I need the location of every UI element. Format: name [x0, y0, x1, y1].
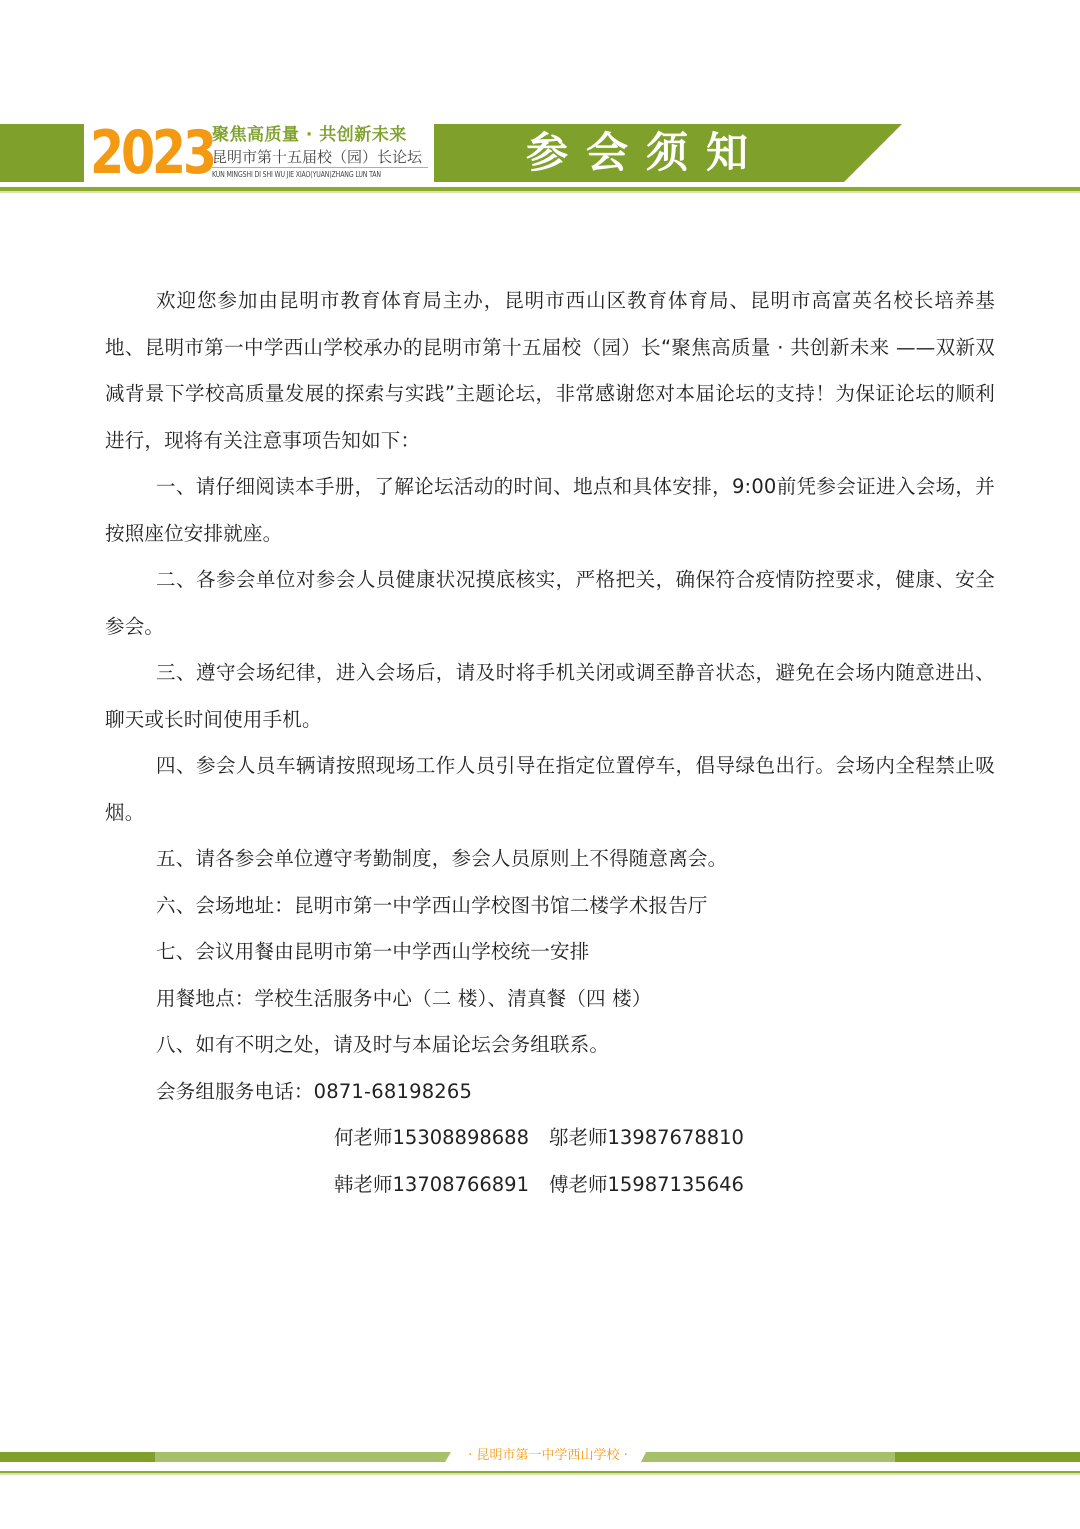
- notice-item-5: 五、请各参会单位遵守考勤制度，参会人员原则上不得随意离会。: [105, 836, 995, 883]
- intro-paragraph: 欢迎您参加由昆明市教育体育局主办，昆明市西山区教育体育局、昆明市高富英名校长培养…: [105, 278, 995, 464]
- page-footer: · 昆明市第一中学西山学校 ·: [0, 1444, 1080, 1474]
- notice-item-4: 四、参会人员车辆请按照现场工作人员引导在指定位置停车，倡导绿色出行。会场内全程禁…: [105, 743, 995, 836]
- forum-name: 昆明市第十五届校（园）长论坛: [212, 146, 422, 167]
- header-divider-light: [0, 191, 1080, 193]
- notice-item-2: 二、各参会单位对参会人员健康状况摸底核实，严格把关，确保符合疫情防控要求，健康、…: [105, 557, 995, 650]
- notice-item-1: 一、请仔细阅读本手册，了解论坛活动的时间、地点和具体安排，9:00前凭参会证进入…: [105, 464, 995, 557]
- footer-school-name: · 昆明市第一中学西山学校 ·: [456, 1446, 640, 1466]
- contact-han: 韩老师13708766891: [334, 1162, 529, 1209]
- footer-bar-right-dark: [895, 1452, 1080, 1462]
- header-year: 2023: [90, 122, 183, 184]
- logo-divider: [212, 167, 428, 168]
- footer-bar-left-dark: [0, 1452, 155, 1462]
- service-hotline: 会务组服务电话：0871-68198265: [105, 1069, 995, 1116]
- header-left-bar: [0, 124, 84, 182]
- notice-item-6-venue: 六、会场地址：昆明市第一中学西山学校图书馆二楼学术报告厅: [105, 883, 995, 930]
- forum-logo-text: 聚焦高质量 · 共创新未来 昆明市第十五届校（园）长论坛 KUN MINGSHI…: [212, 120, 432, 184]
- footer-divider-light: [0, 1473, 1080, 1475]
- contact-wu: 邬老师13987678810: [549, 1115, 744, 1162]
- contact-row: 韩老师13708766891傅老师15987135646: [334, 1162, 744, 1209]
- contact-list: 何老师15308898688邬老师13987678810 韩老师13708766…: [105, 1115, 995, 1209]
- footer-bar-right-light: [641, 1452, 895, 1462]
- contact-row: 何老师15308898688邬老师13987678810: [334, 1115, 744, 1162]
- forum-slogan: 聚焦高质量 · 共创新未来: [212, 120, 407, 145]
- dining-location: 用餐地点：学校生活服务中心（二 楼）、清真餐（四 楼）: [105, 976, 995, 1023]
- notice-body: 欢迎您参加由昆明市教育体育局主办，昆明市西山区教育体育局、昆明市高富英名校长培养…: [105, 278, 995, 1209]
- page-title: 参会须知: [526, 129, 766, 177]
- title-band-slant: [844, 124, 902, 182]
- contact-he: 何老师15308898688: [334, 1115, 529, 1162]
- notice-item-7-meals: 七、会议用餐由昆明市第一中学西山学校统一安排: [105, 929, 995, 976]
- notice-item-3: 三、遵守会场纪律，进入会场后，请及时将手机关闭或调至静音状态，避免在会场内随意进…: [105, 650, 995, 743]
- forum-pinyin: KUN MINGSHI DI SHI WU JIE XIAO(YUAN)ZHAN…: [212, 170, 381, 179]
- notice-item-8: 八、如有不明之处，请及时与本届论坛会务组联系。: [105, 1022, 995, 1069]
- footer-bar-left-light: [155, 1452, 451, 1462]
- contact-fu: 傅老师15987135646: [549, 1162, 744, 1209]
- page-header: 2023 聚焦高质量 · 共创新未来 昆明市第十五届校（园）长论坛 KUN MI…: [0, 120, 1080, 195]
